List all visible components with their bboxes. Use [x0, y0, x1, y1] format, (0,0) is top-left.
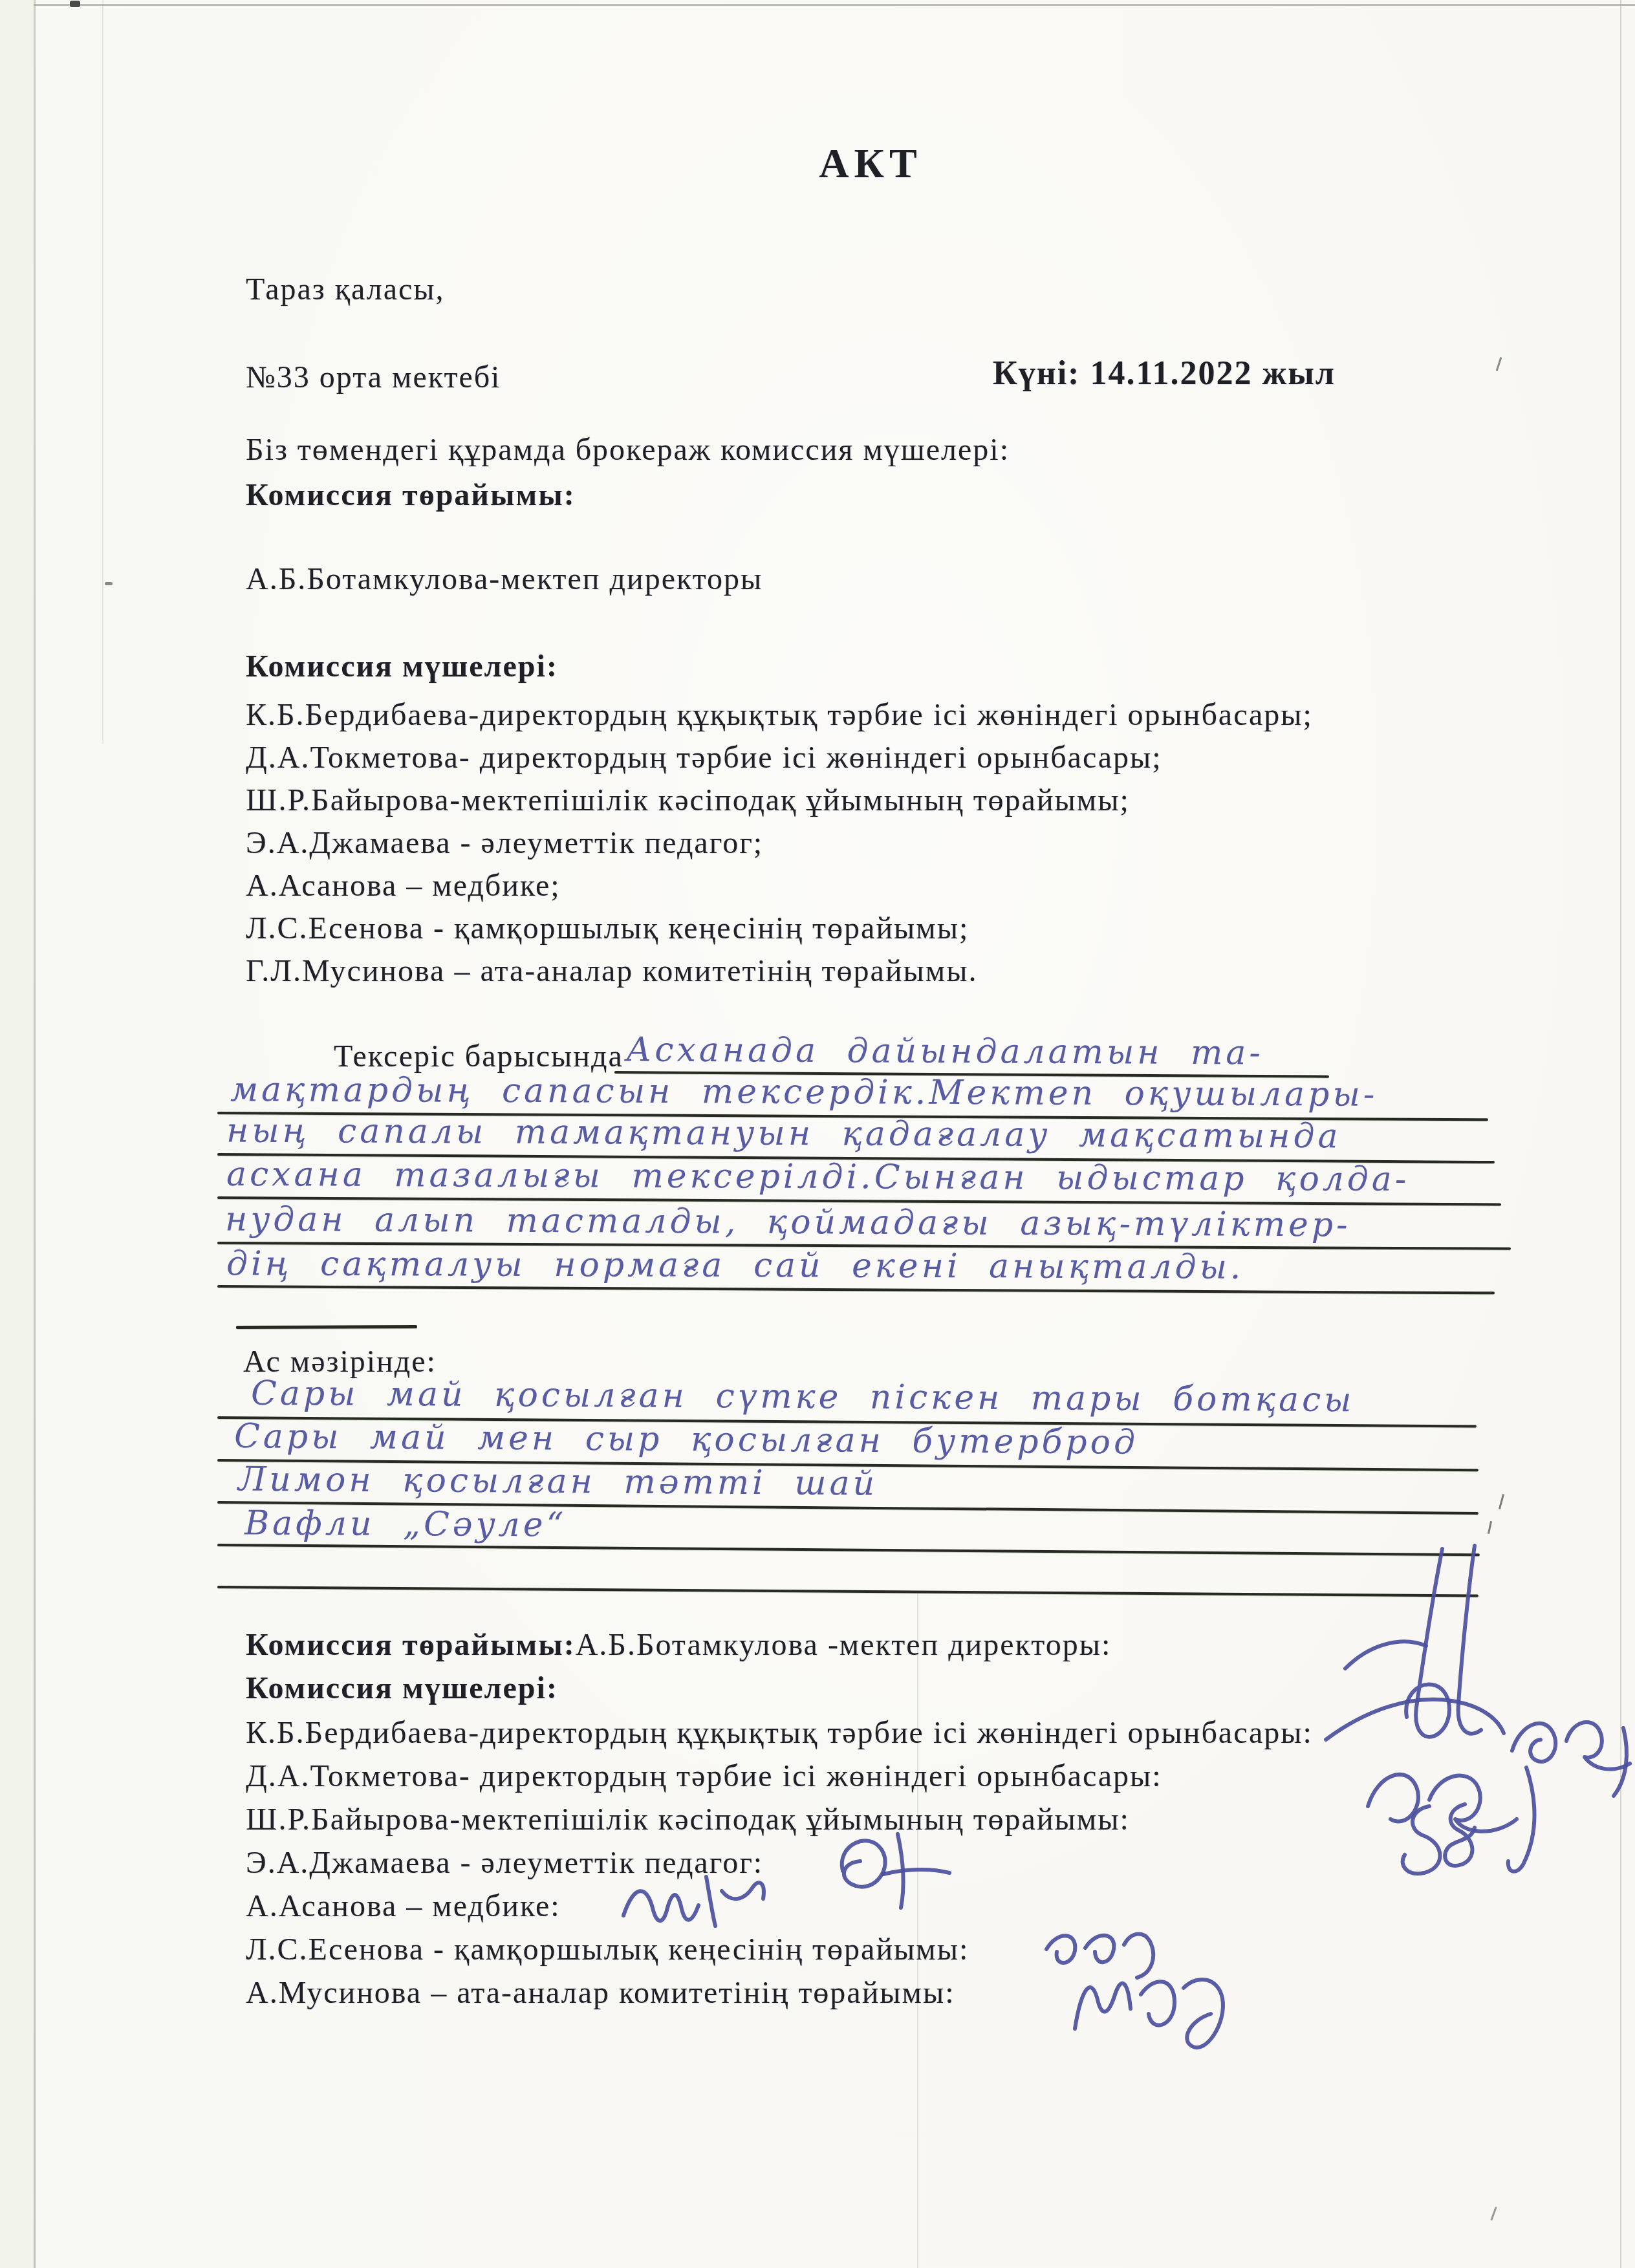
signoff-line: К.Б.Бердибаева-директордың құқықтық тәрб… — [246, 1715, 1313, 1751]
signoff-line: Ш.Р.Байырова-мектепішілік кәсіподақ ұйым… — [246, 1802, 1130, 1837]
signoff-line: Д.А.Токметова- директордың тәрбие ісі жө… — [246, 1758, 1162, 1794]
scan-tick — [1496, 357, 1502, 371]
signature-dzhamaeva — [820, 1822, 962, 1913]
signoff-members-heading: Комиссия мүшелері: — [246, 1670, 558, 1706]
intro-line: Біз төмендегі құрамда брокераж комиссия … — [246, 432, 1010, 468]
date-line: Күні: 14.11.2022 жыл — [993, 354, 1336, 393]
member-line: Ш.Р.Байырова-мектепішілік кәсіподақ ұйым… — [246, 783, 1130, 818]
city-line: Тараз қаласы, — [246, 272, 445, 307]
signoff-chair-heading: Комиссия төрайымы: — [246, 1628, 576, 1662]
member-line: А.Асанова – медбике; — [246, 868, 561, 903]
paper-edge-left — [34, 0, 36, 2268]
signature-musinova — [1061, 1948, 1261, 2055]
signoff-line: А.Асанова – медбике: — [246, 1888, 561, 1924]
handwritten-line: нудан алып тасталды, қоймадағы азық-түлі… — [225, 1200, 1351, 1244]
scan-speck — [105, 582, 113, 585]
member-line: К.Б.Бердибаева-директордың құқықтық тәрб… — [246, 697, 1313, 733]
scanned-document-page: АКТ Тараз қаласы, №33 орта мектебі Күні:… — [0, 0, 1635, 2268]
handwritten-line: Асханада дайындалатын та- — [626, 1030, 1264, 1072]
signoff-line: А.Мусинова – ата-аналар комитетінің төра… — [246, 1975, 955, 2011]
paper-edge-top — [34, 4, 1635, 6]
scan-tick — [1499, 1494, 1504, 1509]
signature-bayirova — [1384, 1790, 1500, 1887]
ruled-line — [217, 1544, 1480, 1556]
scan-tick — [1490, 2207, 1497, 2221]
member-line: Г.Л.Мусинова – ата-аналар комитетінің тө… — [246, 953, 977, 989]
member-line: Л.С.Есенова - қамқоршылық кеңесінің төра… — [246, 911, 969, 946]
signature-asanova — [616, 1865, 771, 1930]
chair-name: А.Б.Ботамкулова-мектеп директоры — [246, 561, 763, 597]
member-line: Д.А.Токметова- директордың тәрбие ісі жө… — [246, 740, 1162, 775]
signoff-line: Л.С.Есенова - қамқоршылық кеңесінің төра… — [246, 1932, 969, 1967]
document-title: АКТ — [217, 140, 1524, 188]
scan-tick — [1488, 1521, 1492, 1534]
fold-crease-top — [102, 0, 103, 744]
fold-crease-bottom — [917, 1591, 918, 2268]
paper-edge-right — [1620, 0, 1621, 2268]
scan-blemish — [70, 1, 80, 7]
inspection-label: Тексеріс барысында — [334, 1039, 623, 1074]
school-line: №33 орта мектебі — [246, 360, 501, 395]
ruled-line — [217, 1285, 1495, 1294]
members-heading: Комиссия мүшелері: — [246, 649, 558, 684]
member-line: Э.А.Джамаева - әлеуметтік педагог; — [246, 825, 763, 861]
handwritten-menu-item: Вафли „Сәуле“ — [244, 1504, 567, 1544]
handwritten-menu-item: Лимон қосылған тәтті шай — [238, 1460, 878, 1504]
chair-heading: Комиссия төрайымы: — [246, 477, 576, 513]
handwritten-menu-item: Сары май қосылған сүтке піскен тары ботқ… — [251, 1374, 1355, 1420]
ruled-line — [217, 1586, 1478, 1597]
handwritten-line: дің сақталуы нормаға сай екені анықталды… — [226, 1244, 1244, 1286]
signoff-chair-line: Комиссия төрайымы:А.Б.Ботамкулова -мекте… — [246, 1627, 1111, 1663]
short-separator-line — [236, 1325, 417, 1329]
signoff-chair-name: А.Б.Ботамкулова -мектеп директоры: — [576, 1628, 1112, 1662]
